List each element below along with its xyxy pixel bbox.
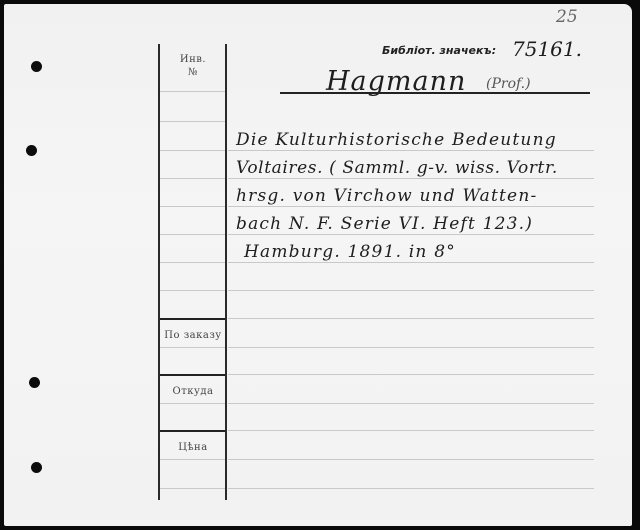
author-qualifier: (Prof.) [486, 76, 531, 92]
title-line-5: Hamburg. 1891. in 8° [244, 242, 456, 262]
main-ruling [228, 488, 594, 489]
library-mark-label: Библіот. значекъ: [382, 44, 496, 57]
left-ruling [160, 347, 225, 348]
main-ruling [228, 234, 594, 235]
main-ruling [228, 430, 594, 431]
order-label: По заказу [160, 330, 226, 341]
price-section-divider [160, 430, 225, 432]
left-ruling [160, 262, 225, 263]
punch-hole-4 [31, 462, 42, 473]
title-line-4: bach N. F. Serie VI. Heft 123.) [236, 214, 533, 234]
order-section-divider [160, 318, 225, 320]
catalog-card: 25 Библіот. значекъ: 75161. Hagmann (Pro… [4, 4, 632, 526]
left-ruling [160, 206, 225, 207]
punch-hole-1 [31, 61, 42, 72]
main-ruling [228, 178, 594, 179]
punch-hole-3 [29, 377, 40, 388]
punch-hole-2 [26, 145, 37, 156]
main-ruling [228, 347, 594, 348]
left-ruling [160, 459, 225, 460]
left-ruling [160, 290, 225, 291]
inv-number-sign: № [160, 67, 226, 78]
title-line-2: Voltaires. ( Samml. g-v. wiss. Vortr. [236, 158, 558, 178]
library-mark-value: 75161. [512, 37, 582, 61]
inv-label: Инв. [160, 54, 226, 65]
left-ruling [160, 234, 225, 235]
author-underline [280, 92, 590, 94]
left-ruling [160, 403, 225, 404]
left-ruling [160, 91, 225, 92]
left-column-border-right [225, 44, 227, 500]
main-ruling [228, 318, 594, 319]
title-line-1: Die Kulturhistorische Bedeutung [236, 130, 557, 150]
title-line-3: hrsg. von Virchow und Watten- [236, 186, 537, 206]
main-ruling [228, 290, 594, 291]
price-label: Цѣна [160, 442, 226, 453]
left-ruling [160, 150, 225, 151]
main-ruling [228, 262, 594, 263]
left-ruling [160, 178, 225, 179]
source-label: Откуда [160, 386, 226, 397]
main-ruling [228, 374, 594, 375]
left-ruling [160, 488, 225, 489]
main-ruling [228, 206, 594, 207]
main-ruling [228, 459, 594, 460]
left-ruling [160, 121, 225, 122]
source-section-divider [160, 374, 225, 376]
main-ruling [228, 150, 594, 151]
main-ruling [228, 403, 594, 404]
corner-number: 25 [556, 7, 578, 27]
